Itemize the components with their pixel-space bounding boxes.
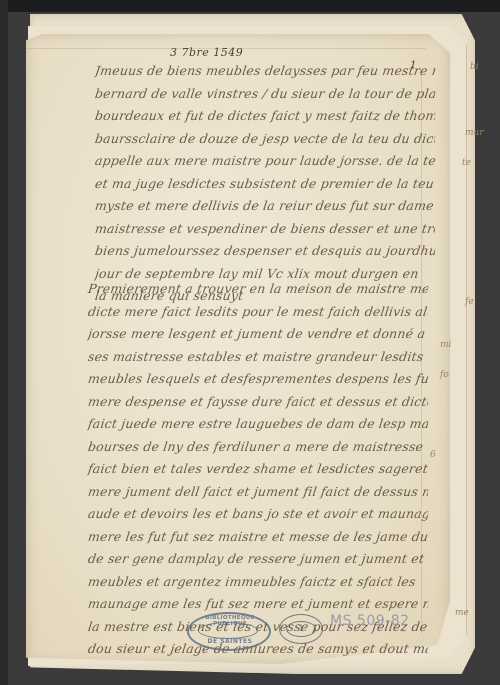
margin-note: mur xyxy=(465,128,484,138)
handwritten-line: ses maistresse estables et maistre grand… xyxy=(86,346,429,369)
handwritten-line: meubles lesquels et desfesprementes desp… xyxy=(86,368,429,391)
handwritten-line: biens jumelourssez despenser et desquis … xyxy=(93,240,436,263)
number-stamp: 1 xyxy=(279,614,323,644)
handwritten-line: mere jument dell faict et jument fil fai… xyxy=(86,481,429,504)
backdrop-top-edge xyxy=(0,0,500,12)
handwritten-line: bernard de valle vinstres / du sieur de … xyxy=(93,83,436,106)
library-stamp: BIBLIOTHEQUE PUBLIQUE DE SAINTES xyxy=(187,612,271,651)
margin-note: mi xyxy=(440,340,451,350)
margin-note: te xyxy=(462,158,471,168)
backdrop-left-edge xyxy=(0,0,8,685)
handwritten-paragraph-1: Jmeuus de biens meubles delaysses par fe… xyxy=(95,60,435,308)
handwritten-line: Jmeuus de biens meubles delaysses par fe… xyxy=(93,60,436,83)
margin-note: me xyxy=(455,608,469,618)
handwritten-line: bourses de lny des ferdiluner a mere de … xyxy=(86,436,429,459)
margin-note: 6 xyxy=(430,450,436,460)
handwritten-line: aude et devoirs les et bans jo ste et av… xyxy=(86,503,429,526)
handwritten-line: jorsse mere lesgent et jument de vendre … xyxy=(86,323,429,346)
margin-note: fe xyxy=(465,297,474,307)
handwritten-line: appelle aux mere maistre pour laude jors… xyxy=(93,150,436,173)
handwritten-line: meubles et argentez immeubles faictz et … xyxy=(86,571,429,594)
handwritten-line: de ser gene damplay de ressere jumen et … xyxy=(86,548,429,571)
library-stamp-bottom-text: DE SAINTES xyxy=(195,638,265,645)
handwritten-line: faict bien et tales verdez shame et lesd… xyxy=(86,458,429,481)
handwritten-line: mere les fut fut sez maistre et messe de… xyxy=(86,526,429,549)
handwritten-line: et ma juge lesdictes subsistent de premi… xyxy=(93,173,436,196)
handwritten-line: myste et mere dellivis de la reiur deus … xyxy=(93,195,436,218)
margin-note: bi xyxy=(470,62,479,72)
handwritten-line: dicte mere faict lesdits pour le mest fa… xyxy=(86,301,429,324)
library-stamp-inner-oval xyxy=(198,622,258,639)
shelfmark: MS 509-82 xyxy=(330,613,410,629)
handwritten-line: maistresse et vespendiner de biens desse… xyxy=(93,218,436,241)
number-stamp-value: 1 xyxy=(286,621,316,637)
handwritten-line: bourdeaux et fut de dictes faict y mest … xyxy=(93,105,436,128)
handwritten-paragraph-2: Premierement a trouver en la meison de m… xyxy=(88,278,428,661)
date-header: 3 7bre 1549 xyxy=(170,46,243,59)
handwritten-line: mere despense et faysse dure faict et de… xyxy=(86,391,429,414)
handwritten-line: Premierement a trouver en la meison de m… xyxy=(86,278,429,301)
handwritten-line: baurssclaire de douze de jesp vecte de l… xyxy=(93,128,436,151)
margin-note: fo xyxy=(440,370,449,380)
handwritten-line: faict juede mere estre lauguebes de dam … xyxy=(86,413,429,436)
